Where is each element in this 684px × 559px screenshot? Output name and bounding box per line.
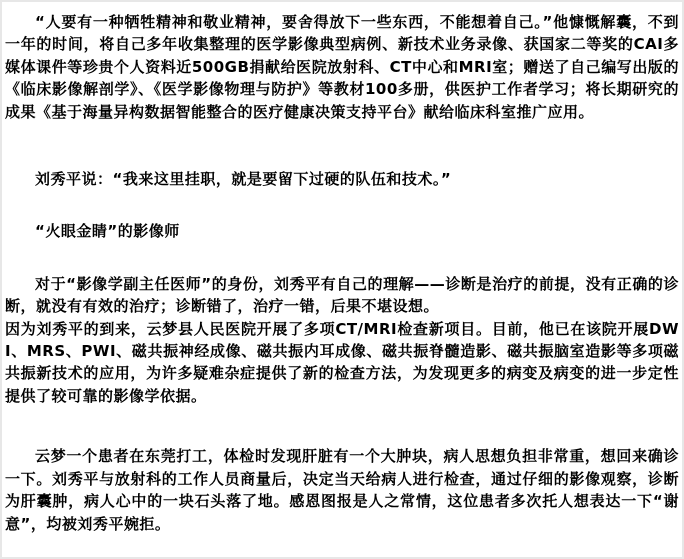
section-heading: “火眼金睛”的影像师 [5,220,679,242]
paragraph-donation: “人要有一种牺牲精神和敬业精神，要舍得放下一些东西，不能想着自己。”他慷慨解囊，… [5,11,679,123]
document-text-area: “人要有一种牺牲精神和敬业精神，要舍得放下一些东西，不能想着自己。”他慷慨解囊，… [5,11,679,535]
paragraph-patient-story: 云梦一个患者在东莞打工，体检时发现肝脏有一个大肿块，病人思想负担非常重，想回来确… [5,445,679,535]
paragraph-new-techniques: 因为刘秀平的到来，云梦县人民医院开展了多项CT/MRI检查新项目。目前，他已在该… [5,318,679,408]
paragraph-understanding: 对于“影像学副主任医师”的身份，刘秀平有自己的理解——诊断是治疗的前提，没有正确… [5,273,679,318]
paragraph-quote: 刘秀平说：“我来这里挂职，就是要留下过硬的队伍和技术。” [5,168,679,190]
document-page: “人要有一种牺牲精神和敬业精神，要舍得放下一些东西，不能想着自己。”他慷慨解囊，… [0,0,684,559]
